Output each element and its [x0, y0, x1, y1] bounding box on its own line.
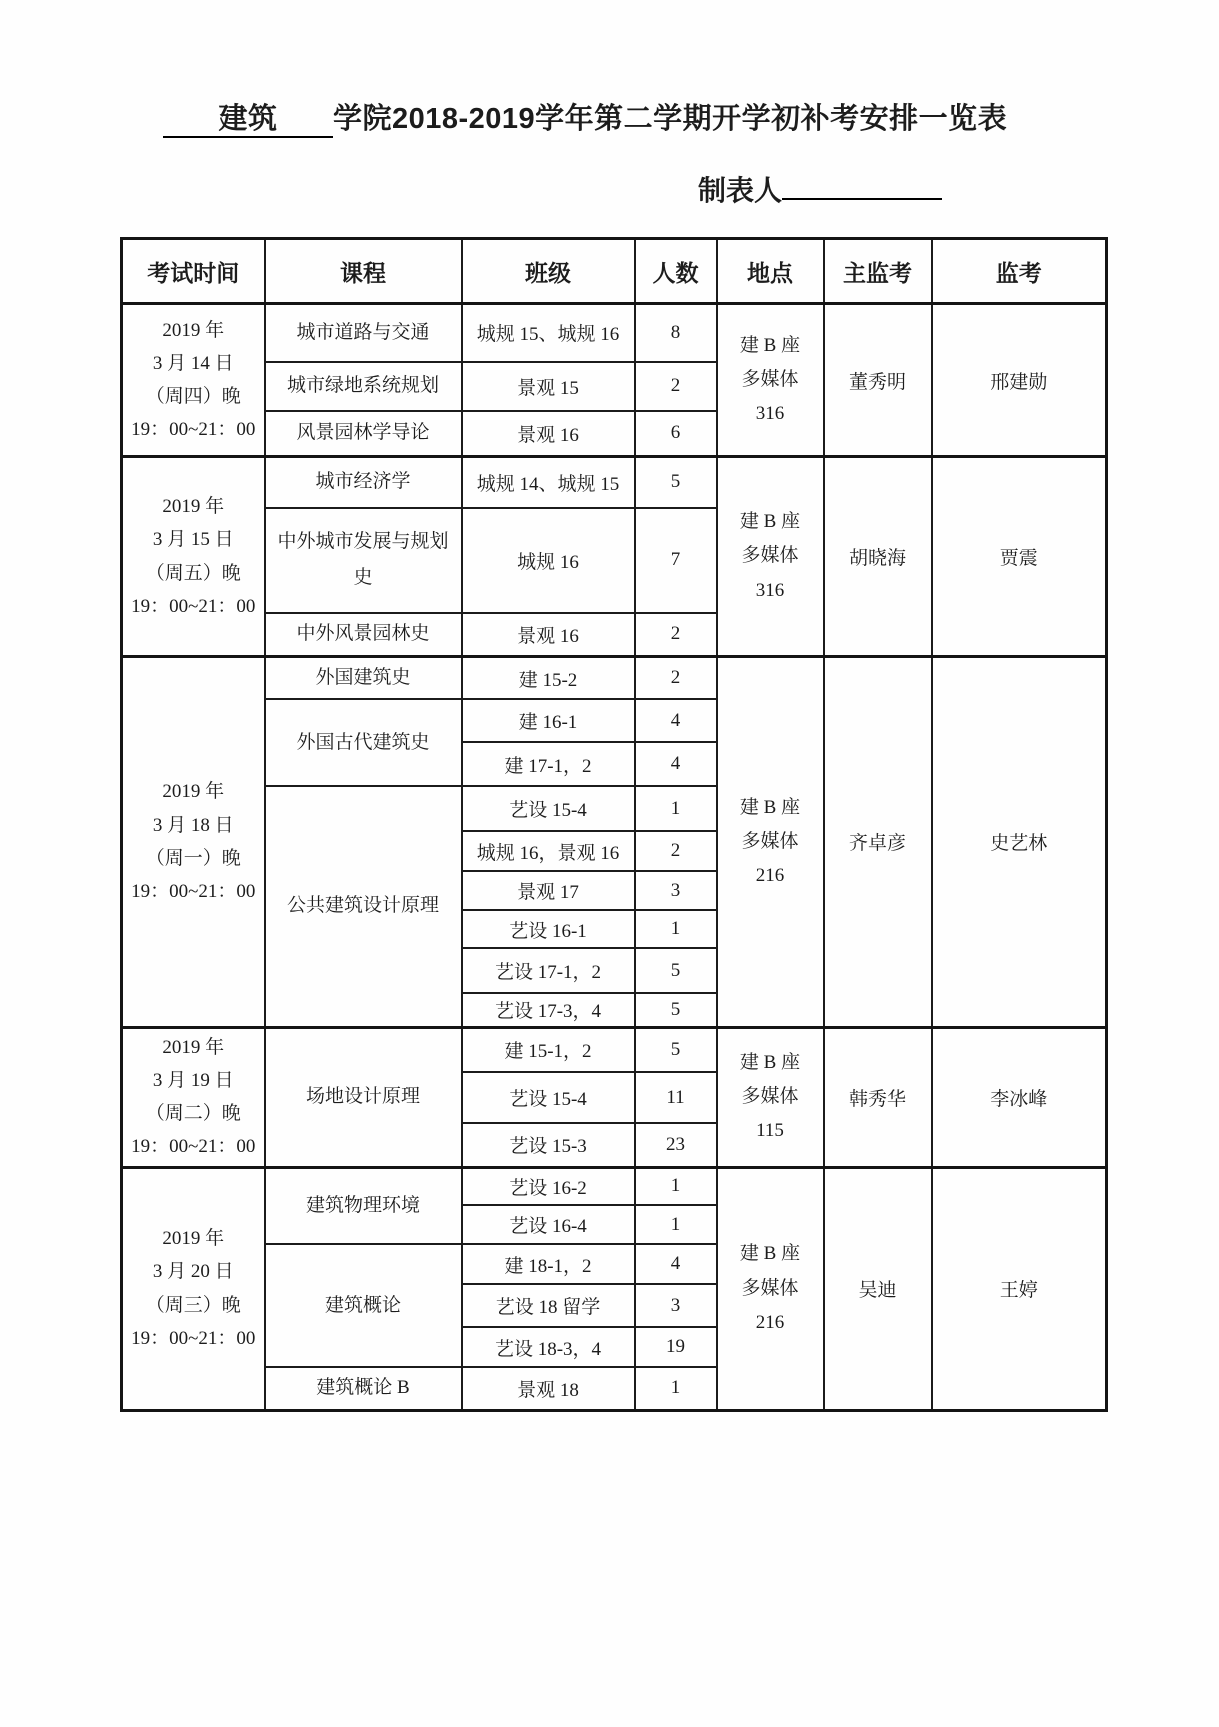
- class-cell: 艺设 17-3，4: [462, 993, 635, 1027]
- count-cell: 5: [635, 457, 717, 508]
- table-row: 2019 年 3 月 14 日 （周四）晚 19：00~21：00 城市道路与交…: [122, 304, 1107, 362]
- header-invigilator: 监考: [932, 239, 1107, 304]
- class-cell: 艺设 16-4: [462, 1205, 635, 1244]
- class-cell: 建 15-2: [462, 657, 635, 700]
- location-cell: 建 B 座 多媒体 316: [717, 304, 824, 457]
- count-cell: 6: [635, 411, 717, 457]
- course-cell: 场地设计原理: [265, 1027, 462, 1167]
- class-cell: 景观 17: [462, 871, 635, 910]
- table-row: 2019 年 3 月 19 日 （周二）晚 19：00~21：00 场地设计原理…: [122, 1027, 1107, 1072]
- chief-invigilator-cell: 齐卓彦: [824, 657, 932, 1028]
- course-cell: 建筑概论: [265, 1244, 462, 1367]
- class-cell: 建 15-1，2: [462, 1027, 635, 1072]
- course-cell: 城市绿地系统规划: [265, 362, 462, 411]
- course-cell: 外国建筑史: [265, 657, 462, 700]
- chief-invigilator-cell: 胡晓海: [824, 457, 932, 657]
- header-course: 课程: [265, 239, 462, 304]
- count-cell: 1: [635, 1205, 717, 1244]
- chief-invigilator-cell: 韩秀华: [824, 1027, 932, 1167]
- header-location: 地点: [717, 239, 824, 304]
- document-page: 建筑学院2018-2019学年第二学期开学初补考安排一览表 制表人 考试时间 课…: [0, 0, 1219, 1727]
- table-row: 2019 年 3 月 18 日 （周一）晚 19：00~21：00 外国建筑史 …: [122, 657, 1107, 700]
- location-cell: 建 B 座 多媒体 216: [717, 657, 824, 1028]
- class-cell: 艺设 16-2: [462, 1167, 635, 1205]
- count-cell: 1: [635, 1167, 717, 1205]
- class-cell: 艺设 16-1: [462, 910, 635, 948]
- course-cell: 外国古代建筑史: [265, 699, 462, 786]
- course-cell: 建筑物理环境: [265, 1167, 462, 1244]
- header-count: 人数: [635, 239, 717, 304]
- table-row: 2019 年 3 月 20 日 （周三）晚 19：00~21：00 建筑物理环境…: [122, 1167, 1107, 1205]
- table-maker-blank: [782, 168, 942, 200]
- class-cell: 艺设 15-3: [462, 1123, 635, 1167]
- count-cell: 1: [635, 910, 717, 948]
- class-cell: 景观 16: [462, 613, 635, 657]
- count-cell: 2: [635, 657, 717, 700]
- college-name: 建筑: [218, 103, 277, 135]
- invigilator-cell: 邢建勋: [932, 304, 1107, 457]
- class-cell: 艺设 15-4: [462, 1072, 635, 1123]
- class-cell: 城规 16，景观 16: [462, 831, 635, 871]
- class-cell: 景观 16: [462, 411, 635, 457]
- count-cell: 3: [635, 1284, 717, 1327]
- class-cell: 建 16-1: [462, 699, 635, 742]
- header-chief-invigilator: 主监考: [824, 239, 932, 304]
- count-cell: 5: [635, 1027, 717, 1072]
- course-cell: 城市道路与交通: [265, 304, 462, 362]
- count-cell: 5: [635, 948, 717, 993]
- course-cell: 风景园林学导论: [265, 411, 462, 457]
- class-cell: 城规 14、城规 15: [462, 457, 635, 508]
- invigilator-cell: 贾震: [932, 457, 1107, 657]
- location-cell: 建 B 座 多媒体 316: [717, 457, 824, 657]
- class-cell: 建 17-1，2: [462, 742, 635, 786]
- college-name-blank: 建筑: [163, 103, 333, 138]
- invigilator-cell: 王婷: [932, 1167, 1107, 1410]
- location-cell: 建 B 座 多媒体 216: [717, 1167, 824, 1410]
- exam-schedule-table: 考试时间 课程 班级 人数 地点 主监考 监考 2019 年 3 月 14 日 …: [120, 237, 1108, 1412]
- document-title: 建筑学院2018-2019学年第二学期开学初补考安排一览表: [163, 96, 1163, 138]
- course-cell: 城市经济学: [265, 457, 462, 508]
- table-maker-label: 制表人: [698, 175, 782, 206]
- exam-time-cell: 2019 年 3 月 18 日 （周一）晚 19：00~21：00: [122, 657, 265, 1028]
- class-cell: 建 18-1，2: [462, 1244, 635, 1284]
- invigilator-cell: 李冰峰: [932, 1027, 1107, 1167]
- class-cell: 城规 16: [462, 508, 635, 613]
- course-cell: 建筑概论 B: [265, 1367, 462, 1410]
- chief-invigilator-cell: 吴迪: [824, 1167, 932, 1410]
- count-cell: 2: [635, 362, 717, 411]
- class-cell: 艺设 17-1，2: [462, 948, 635, 993]
- exam-time-cell: 2019 年 3 月 14 日 （周四）晚 19：00~21：00: [122, 304, 265, 457]
- count-cell: 2: [635, 613, 717, 657]
- course-cell: 中外城市发展与规划史: [265, 508, 462, 613]
- count-cell: 23: [635, 1123, 717, 1167]
- header-exam-time: 考试时间: [122, 239, 265, 304]
- course-cell: 中外风景园林史: [265, 613, 462, 657]
- count-cell: 8: [635, 304, 717, 362]
- class-cell: 景观 18: [462, 1367, 635, 1410]
- table-maker-line: 制表人: [698, 168, 942, 209]
- chief-invigilator-cell: 董秀明: [824, 304, 932, 457]
- course-cell: 公共建筑设计原理: [265, 786, 462, 1027]
- class-cell: 艺设 18-3，4: [462, 1327, 635, 1367]
- location-cell: 建 B 座 多媒体 115: [717, 1027, 824, 1167]
- class-cell: 艺设 15-4: [462, 786, 635, 831]
- exam-time-cell: 2019 年 3 月 15 日 （周五）晚 19：00~21：00: [122, 457, 265, 657]
- header-row: 考试时间 课程 班级 人数 地点 主监考 监考: [122, 239, 1107, 304]
- count-cell: 5: [635, 993, 717, 1027]
- class-cell: 艺设 18 留学: [462, 1284, 635, 1327]
- exam-time-cell: 2019 年 3 月 20 日 （周三）晚 19：00~21：00: [122, 1167, 265, 1410]
- count-cell: 1: [635, 786, 717, 831]
- class-cell: 景观 15: [462, 362, 635, 411]
- count-cell: 3: [635, 871, 717, 910]
- title-text: 学院2018-2019学年第二学期开学初补考安排一览表: [333, 103, 1007, 135]
- count-cell: 7: [635, 508, 717, 613]
- count-cell: 4: [635, 1244, 717, 1284]
- exam-time-cell: 2019 年 3 月 19 日 （周二）晚 19：00~21：00: [122, 1027, 265, 1167]
- header-class: 班级: [462, 239, 635, 304]
- count-cell: 4: [635, 699, 717, 742]
- table-row: 2019 年 3 月 15 日 （周五）晚 19：00~21：00 城市经济学 …: [122, 457, 1107, 508]
- count-cell: 2: [635, 831, 717, 871]
- count-cell: 11: [635, 1072, 717, 1123]
- count-cell: 1: [635, 1367, 717, 1410]
- count-cell: 4: [635, 742, 717, 786]
- count-cell: 19: [635, 1327, 717, 1367]
- invigilator-cell: 史艺林: [932, 657, 1107, 1028]
- class-cell: 城规 15、城规 16: [462, 304, 635, 362]
